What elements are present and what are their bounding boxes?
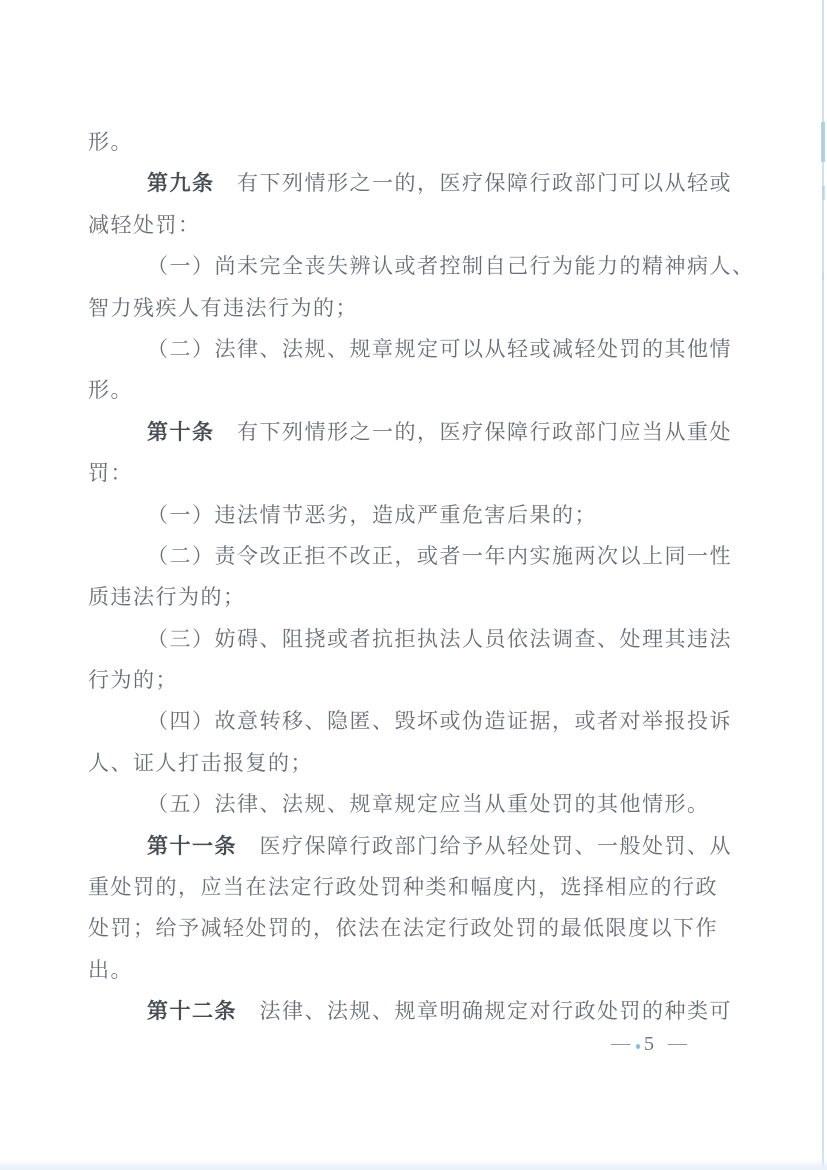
- article-heading: 第十二条: [147, 1000, 237, 1023]
- text-line: 第十条 有下列情形之一的，医疗保障行政部门应当从重处: [88, 412, 760, 453]
- text-line: 出。: [88, 950, 760, 991]
- scan-edge-mark: [821, 122, 825, 162]
- text-segment: （一）违法情节恶劣，造成严重危害后果的；: [147, 503, 597, 527]
- text-segment: （四）故意转移、隐匿、毁坏或伪造证据，或者对举报投诉: [147, 709, 732, 733]
- scanned-document-page: 形。第九条 有下列情形之一的，医疗保障行政部门可以从轻或减轻处罚：（一）尚未完全…: [0, 0, 827, 1170]
- text-segment: 减轻处罚：: [88, 213, 201, 237]
- text-line: 行为的；: [88, 660, 760, 701]
- text-line: 减轻处罚：: [88, 205, 760, 246]
- text-line: （一）违法情节恶劣，造成严重危害后果的；: [88, 495, 760, 536]
- text-segment: 出。: [88, 958, 133, 982]
- text-line: 处罚；给予减轻处罚的，依法在法定行政处罚的最低限度以下作: [88, 908, 760, 949]
- text-line: 罚：: [88, 453, 760, 494]
- article-heading: 第十条: [147, 421, 215, 444]
- scan-edge-mark: [822, 273, 824, 280]
- footer-dash-right: —: [668, 1033, 687, 1055]
- footer-dash-left: —: [611, 1033, 630, 1055]
- text-segment: （二）法律、法规、规章规定可以从轻或减轻处罚的其他情: [147, 337, 732, 361]
- article-heading: 第十一条: [147, 835, 237, 858]
- text-segment: 有下列情形之一的，医疗保障行政部门应当从重处: [215, 420, 733, 444]
- text-line: 智力残疾人有违法行为的；: [88, 288, 760, 329]
- article-heading: 第九条: [147, 172, 215, 195]
- text-line: （四）故意转移、隐匿、毁坏或伪造证据，或者对举报投诉: [88, 701, 760, 742]
- text-line: （三）妨碍、阻挠或者抗拒执法人员依法调查、处理其违法: [88, 619, 760, 660]
- text-line: 人、证人打击报复的；: [88, 743, 760, 784]
- scan-bottom-band: [0, 1159, 827, 1170]
- text-segment: 形。: [88, 130, 133, 154]
- scan-artifact-dot: [636, 1044, 640, 1049]
- page-footer: — 5 —: [611, 1031, 687, 1057]
- text-segment: （一）尚未完全丧失辨认或者控制自己行为能力的精神病人、: [147, 254, 755, 278]
- text-line: 第九条 有下列情形之一的，医疗保障行政部门可以从轻或: [88, 163, 760, 204]
- text-line: 形。: [88, 370, 760, 411]
- text-segment: 形。: [88, 378, 133, 402]
- text-line: 第十二条 法律、法规、规章明确规定对行政处罚的种类可: [88, 991, 760, 1032]
- text-line: 重处罚的，应当在法定行政处罚种类和幅度内，选择相应的行政: [88, 867, 760, 908]
- text-line: （一）尚未完全丧失辨认或者控制自己行为能力的精神病人、: [88, 246, 760, 287]
- text-segment: 罚：: [88, 461, 133, 485]
- text-segment: 质违法行为的；: [88, 585, 246, 609]
- text-segment: 智力残疾人有违法行为的；: [88, 296, 358, 320]
- text-line: 第十一条 医疗保障行政部门给予从轻处罚、一般处罚、从: [88, 826, 760, 867]
- text-segment: （五）法律、法规、规章规定应当从重处罚的其他情形。: [147, 792, 710, 816]
- text-line: （二）责令改正拒不改正，或者一年内实施两次以上同一性: [88, 536, 760, 577]
- text-line: （二）法律、法规、规章规定可以从轻或减轻处罚的其他情: [88, 329, 760, 370]
- text-segment: 法律、法规、规章明确规定对行政处罚的种类可: [237, 999, 732, 1023]
- text-segment: 处罚；给予减轻处罚的，依法在法定行政处罚的最低限度以下作: [88, 916, 718, 940]
- text-line: 质违法行为的；: [88, 577, 760, 618]
- text-segment: 重处罚的，应当在法定行政处罚种类和幅度内，选择相应的行政: [88, 875, 718, 899]
- text-segment: 有下列情形之一的，医疗保障行政部门可以从轻或: [215, 171, 733, 195]
- text-line: （五）法律、法规、规章规定应当从重处罚的其他情形。: [88, 784, 760, 825]
- scan-artifact-dot: [645, 1037, 647, 1039]
- scan-edge-mark: [822, 186, 825, 200]
- text-line: 形。: [88, 122, 760, 163]
- text-segment: 医疗保障行政部门给予从轻处罚、一般处罚、从: [237, 834, 732, 858]
- text-segment: 行为的；: [88, 668, 178, 692]
- text-segment: 人、证人打击报复的；: [88, 751, 313, 775]
- scan-edge-line-right: [822, 0, 824, 1170]
- text-segment: （二）责令改正拒不改正，或者一年内实施两次以上同一性: [147, 544, 732, 568]
- document-text: 形。第九条 有下列情形之一的，医疗保障行政部门可以从轻或减轻处罚：（一）尚未完全…: [88, 122, 760, 1033]
- text-segment: （三）妨碍、阻挠或者抗拒执法人员依法调查、处理其违法: [147, 627, 732, 651]
- footer-page-number: 5: [644, 1033, 654, 1056]
